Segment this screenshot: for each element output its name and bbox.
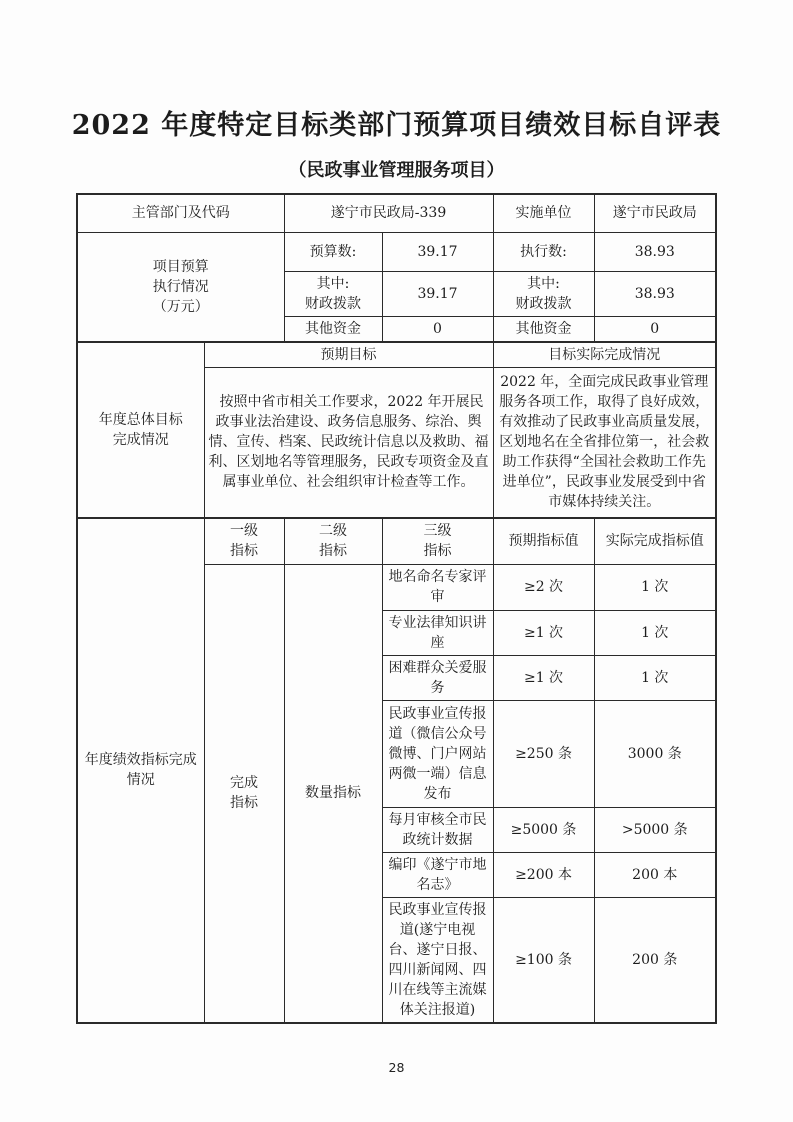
- impl-unit-label: 实施单位: [493, 194, 594, 232]
- budget-section-label: 项目预算 执行情况 （万元）: [77, 232, 284, 342]
- expected-value: ≥200 本: [493, 852, 594, 897]
- indicator-name: 每月审核全市民政统计数据: [382, 807, 493, 852]
- actual-value: 200 条: [594, 897, 716, 1023]
- level1-header: 一级 指标: [204, 518, 284, 564]
- indicator-section-label: 年度绩效指标完成 情况: [77, 518, 204, 1023]
- budget-label: 其中: 财政拨款: [493, 271, 594, 316]
- document-title: 2022 年度特定目标类部门预算项目绩效目标自评表: [0, 0, 793, 143]
- actual-value: >5000 条: [594, 807, 716, 852]
- document-page: 2022 年度特定目标类部门预算项目绩效目标自评表 （民政事业管理服务项目） 主…: [0, 0, 793, 1122]
- level2-value: 数量指标: [284, 564, 382, 1023]
- budget-value: 39.17: [382, 232, 493, 271]
- indicator-header-row: 年度绩效指标完成 情况 一级 指标 二级 指标 三级 指标 预期指标值 实际完成…: [77, 518, 716, 564]
- budget-value: 38.93: [594, 232, 716, 271]
- budget-label: 执行数:: [493, 232, 594, 271]
- actual-value: 1 次: [594, 564, 716, 610]
- indicator-name: 民政事业宣传报道(遂宁电视台、遂宁日报、四川新闻网、四川在线等主流媒体关注报道): [382, 897, 493, 1023]
- overall-header-row: 年度总体目标 完成情况 预期目标 目标实际完成情况: [77, 342, 716, 368]
- expected-goal-header: 预期目标: [204, 342, 493, 368]
- expected-value: ≥5000 条: [493, 807, 594, 852]
- expected-value: ≥100 条: [493, 897, 594, 1023]
- level2-header: 二级 指标: [284, 518, 382, 564]
- dept-info-row: 主管部门及代码 遂宁市民政局-339 实施单位 遂宁市民政局: [77, 194, 716, 232]
- budget-label: 其中: 财政拨款: [284, 271, 382, 316]
- budget-label: 其他资金: [284, 316, 382, 342]
- actual-value: 1 次: [594, 655, 716, 700]
- expected-value-header: 预期指标值: [493, 518, 594, 564]
- budget-label: 预算数:: [284, 232, 382, 271]
- dept-code-label: 主管部门及代码: [77, 194, 284, 232]
- budget-value: 0: [382, 316, 493, 342]
- self-evaluation-table: 主管部门及代码 遂宁市民政局-339 实施单位 遂宁市民政局 项目预算 执行情况…: [76, 193, 717, 1024]
- expected-value: ≥1 次: [493, 610, 594, 655]
- budget-value: 39.17: [382, 271, 493, 316]
- actual-value: 1 次: [594, 610, 716, 655]
- impl-unit-value: 遂宁市民政局: [594, 194, 716, 232]
- budget-label: 其他资金: [493, 316, 594, 342]
- indicator-name: 困难群众关爱服务: [382, 655, 493, 700]
- budget-row-1: 项目预算 执行情况 （万元） 预算数: 39.17 执行数: 38.93: [77, 232, 716, 271]
- indicator-name: 地名命名专家评审: [382, 564, 493, 610]
- indicator-name: 编印《遂宁市地名志》: [382, 852, 493, 897]
- overall-section-label: 年度总体目标 完成情况: [77, 342, 204, 519]
- expected-goal-text: 按照中省市相关工作要求，2022 年开展民政事业法治建设、政务信息服务、综治、舆…: [204, 367, 493, 518]
- indicator-name: 民政事业宣传报道（微信公众号微博、门户网站两微一端）信息发布: [382, 700, 493, 807]
- expected-value: ≥1 次: [493, 655, 594, 700]
- level3-header: 三级 指标: [382, 518, 493, 564]
- actual-value-header: 实际完成指标值: [594, 518, 716, 564]
- level1-value: 完成 指标: [204, 564, 284, 1023]
- actual-goal-text: 2022 年，全面完成民政事业管理服务各项工作，取得了良好成效，有效推动了民政事…: [493, 367, 716, 518]
- document-subtitle: （民政事业管理服务项目）: [0, 156, 793, 182]
- expected-value: ≥2 次: [493, 564, 594, 610]
- expected-value: ≥250 条: [493, 700, 594, 807]
- indicator-name: 专业法律知识讲座: [382, 610, 493, 655]
- actual-goal-header: 目标实际完成情况: [493, 342, 716, 368]
- page-number: 28: [0, 1060, 793, 1075]
- budget-value: 0: [594, 316, 716, 342]
- dept-code-value: 遂宁市民政局-339: [284, 194, 493, 232]
- actual-value: 200 本: [594, 852, 716, 897]
- budget-value: 38.93: [594, 271, 716, 316]
- actual-value: 3000 条: [594, 700, 716, 807]
